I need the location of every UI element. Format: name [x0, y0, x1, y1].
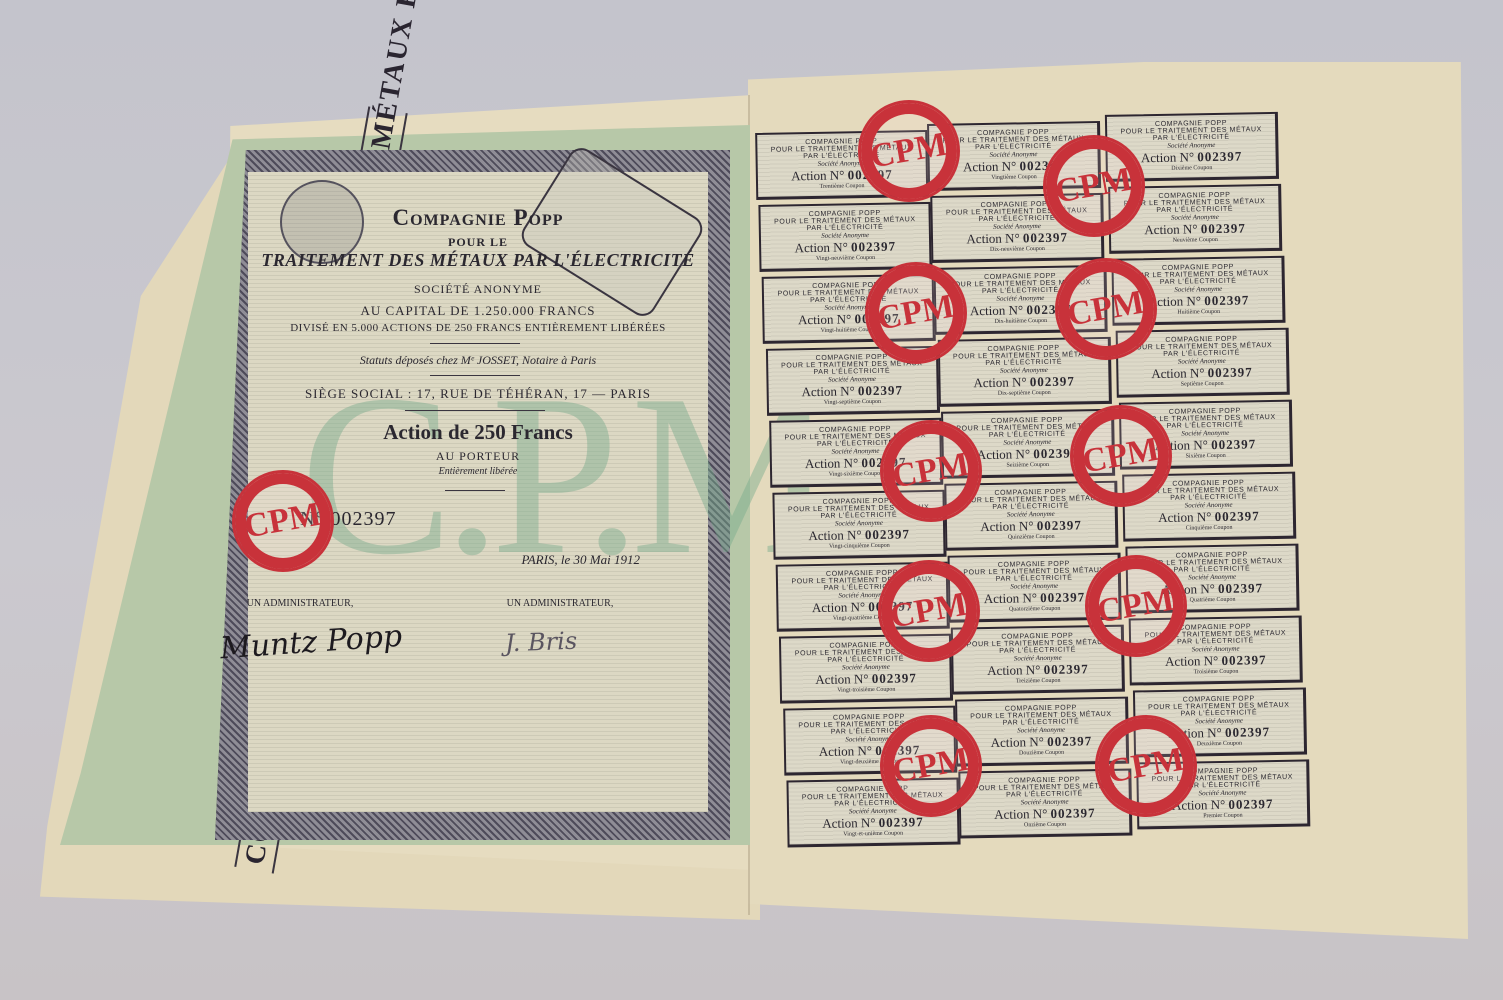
divider [430, 343, 520, 344]
red-seal-icon: CPM [1043, 135, 1145, 237]
red-seal-icon: CPM [1070, 405, 1172, 507]
red-seal-icon: CPM [880, 420, 982, 522]
societe-anonyme: SOCIÉTÉ ANONYME [248, 282, 708, 297]
red-seal-icon: CPM [880, 715, 982, 817]
share-division: DIVISÉ EN 5.000 ACTIONS DE 250 FRANCS EN… [248, 322, 708, 334]
divider [445, 490, 505, 491]
red-seal-icon: CPM [858, 100, 960, 202]
share-value-title: Action de 250 Francs [248, 420, 708, 445]
red-seal-icon: CPM [865, 262, 967, 364]
pour-le: POUR LE [248, 235, 708, 250]
administrator-label-right: UN ADMINISTRATEUR, [460, 598, 660, 609]
coupon-grid: COMPAGNIE POPPPOUR LE TRAITEMENT DES MÉT… [755, 115, 1342, 840]
red-seal-icon: CPM [1055, 258, 1157, 360]
red-seal-icon: CPM [1085, 555, 1187, 657]
red-seal-icon: CPM [1095, 715, 1197, 817]
red-company-seal-icon: CPM [232, 470, 334, 572]
issue-date: PARIS, le 30 Mai 1912 [380, 552, 640, 568]
divider [405, 410, 545, 411]
entierement-liberee: Entièrement libérée [248, 466, 708, 477]
signature-right: J. Bris [505, 627, 578, 658]
company-name: Compagnie Popp [248, 205, 708, 231]
statuts: Statuts déposés chez Mᵉ JOSSET, Notaire … [248, 353, 708, 368]
capital: AU CAPITAL DE 1.250.000 FRANCS [248, 303, 708, 319]
siege-social: SIÈGE SOCIAL : 17, RUE DE TÉHÉRAN, 17 — … [248, 386, 708, 402]
divider [430, 375, 520, 376]
coupon: COMPAGNIE POPPPOUR LE TRAITEMENT DES MÉT… [759, 202, 933, 272]
red-seal-icon: CPM [878, 560, 980, 662]
administrator-label-left: UN ADMINISTRATEUR, [220, 598, 380, 609]
au-porteur: AU PORTEUR [248, 449, 708, 464]
company-purpose: TRAITEMENT DES MÉTAUX PAR L'ÉLECTRICITÉ [248, 250, 708, 271]
photo: COMPAGNIE POPP POUR LE TRAITEMENT DES MÉ… [0, 0, 1503, 1000]
